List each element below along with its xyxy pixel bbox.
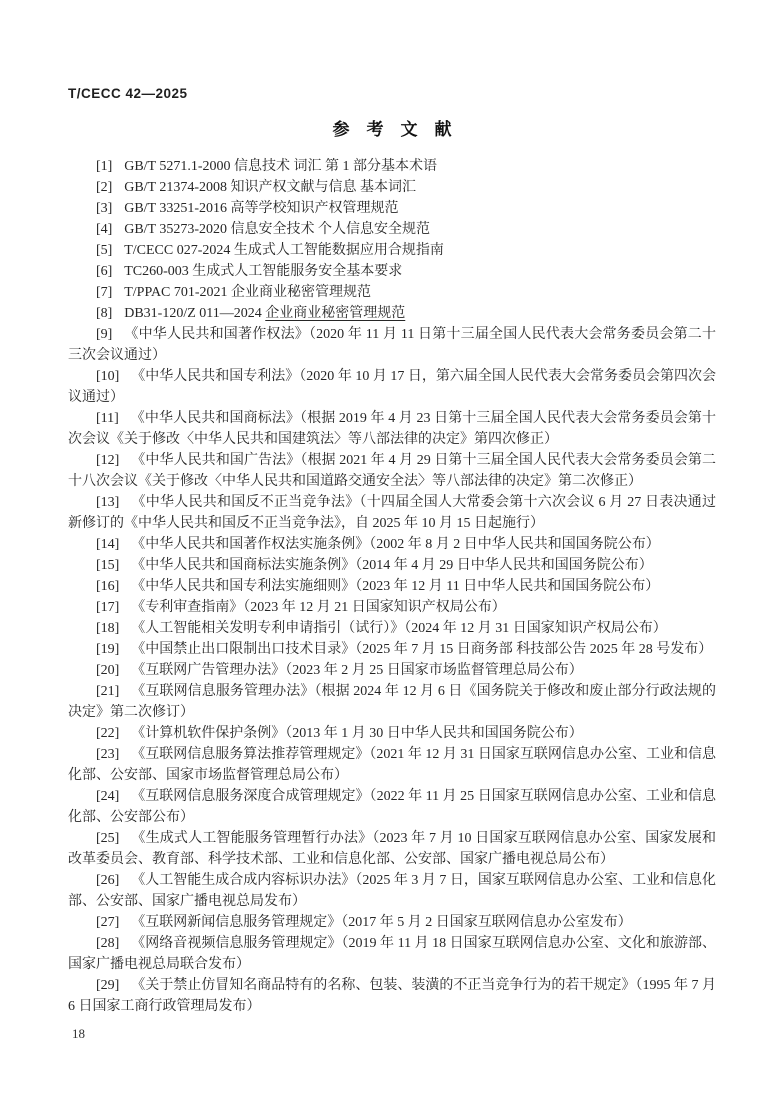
reference-text: GB/T 5271.1-2000 信息技术 词汇 第 1 部分基本术语 [124, 159, 437, 174]
reference-item-16: [16]《中华人民共和国专利法实施细则》（2023 年 12 月 11 日中华人… [68, 576, 716, 597]
reference-text: 《网络音视频信息服务管理规定》（2019 年 11 月 18 日国家互联网信息办… [68, 936, 716, 972]
reference-item-28: [28]《网络音视频信息服务管理规定》（2019 年 11 月 18 日国家互联… [68, 933, 716, 975]
reference-text-underlined: 企业商业秘密管理规范 [265, 306, 405, 321]
reference-text: 《中华人民共和国反不正当竞争法》（十四届全国人大常委会第十六次会议 6 月 27… [68, 495, 716, 531]
reference-item-4: [4]GB/T 35273-2020 信息安全技术 个人信息安全规范 [68, 219, 716, 240]
reference-text: TC260-003 生成式人工智能服务安全基本要求 [124, 264, 402, 279]
reference-item-15: [15]《中华人民共和国商标法实施条例》（2014 年 4 月 29 日中华人民… [68, 555, 716, 576]
reference-text: 《人工智能相关发明专利申请指引（试行）》（2024 年 12 月 31 日国家知… [131, 621, 667, 636]
reference-number: [20] [96, 663, 119, 678]
reference-item-1: [1]GB/T 5271.1-2000 信息技术 词汇 第 1 部分基本术语 [68, 156, 716, 177]
reference-text: 《互联网广告管理办法》（2023 年 2 月 25 日国家市场监督管理总局公布） [131, 663, 583, 678]
reference-number: [16] [96, 579, 119, 594]
reference-text: 《中国禁止出口限制出口技术目录》（2025 年 7 月 15 日商务部 科技部公… [131, 642, 712, 657]
reference-text: T/CECC 027-2024 生成式人工智能数据应用合规指南 [124, 243, 444, 258]
reference-text: 《中华人民共和国商标法实施条例》（2014 年 4 月 29 日中华人民共和国国… [131, 558, 653, 573]
references-list: [1]GB/T 5271.1-2000 信息技术 词汇 第 1 部分基本术语 [… [68, 156, 716, 1017]
reference-text: 《专利审查指南》（2023 年 12 月 21 日国家知识产权局公布） [131, 600, 506, 615]
reference-item-8: [8]DB31-120/Z 011—2024 企业商业秘密管理规范 [68, 303, 716, 324]
reference-item-19: [19]《中国禁止出口限制出口技术目录》（2025 年 7 月 15 日商务部 … [68, 639, 716, 660]
reference-number: [10] [96, 369, 119, 384]
reference-item-18: [18]《人工智能相关发明专利申请指引（试行）》（2024 年 12 月 31 … [68, 618, 716, 639]
reference-number: [27] [96, 915, 119, 930]
reference-number: [8] [96, 306, 112, 321]
reference-number: [13] [96, 495, 119, 510]
reference-item-5: [5]T/CECC 027-2024 生成式人工智能数据应用合规指南 [68, 240, 716, 261]
reference-item-25: [25]《生成式人工智能服务管理暂行办法》（2023 年 7 月 10 日国家互… [68, 828, 716, 870]
reference-item-3: [3]GB/T 33251-2016 高等学校知识产权管理规范 [68, 198, 716, 219]
reference-number: [9] [96, 327, 112, 342]
reference-text: GB/T 21374-2008 知识产权文献与信息 基本词汇 [124, 180, 416, 195]
reference-item-24: [24]《互联网信息服务深度合成管理规定》（2022 年 11 月 25 日国家… [68, 786, 716, 828]
reference-text: 《中华人民共和国广告法》（根据 2021 年 4 月 29 日第十三届全国人民代… [68, 453, 716, 489]
reference-item-26: [26]《人工智能生成合成内容标识办法》（2025 年 3 月 7 日，国家互联… [68, 870, 716, 912]
reference-item-23: [23]《互联网信息服务算法推荐管理规定》（2021 年 12 月 31 日国家… [68, 744, 716, 786]
reference-number: [28] [96, 936, 119, 951]
reference-text: T/PPAC 701-2021 企业商业秘密管理规范 [124, 285, 371, 300]
document-page: T/CECC 42—2025 参 考 文 献 [1]GB/T 5271.1-20… [0, 0, 784, 1110]
reference-text: 《互联网信息服务算法推荐管理规定》（2021 年 12 月 31 日国家互联网信… [68, 747, 716, 783]
reference-text: GB/T 33251-2016 高等学校知识产权管理规范 [124, 201, 398, 216]
reference-item-6: [6]TC260-003 生成式人工智能服务安全基本要求 [68, 261, 716, 282]
reference-number: [11] [96, 411, 119, 426]
reference-number: [14] [96, 537, 119, 552]
reference-text: 《中华人民共和国专利法实施细则》（2023 年 12 月 11 日中华人民共和国… [131, 579, 659, 594]
reference-number: [17] [96, 600, 119, 615]
reference-text: 《中华人民共和国著作权法实施条例》（2002 年 8 月 2 日中华人民共和国国… [131, 537, 660, 552]
reference-number: [7] [96, 285, 112, 300]
reference-item-11: [11]《中华人民共和国商标法》（根据 2019 年 4 月 23 日第十三届全… [68, 408, 716, 450]
reference-item-21: [21]《互联网信息服务管理办法》（根据 2024 年 12 月 6 日《国务院… [68, 681, 716, 723]
reference-text: 《互联网信息服务深度合成管理规定》（2022 年 11 月 25 日国家互联网信… [68, 789, 716, 825]
reference-number: [4] [96, 222, 112, 237]
reference-item-27: [27]《互联网新闻信息服务管理规定》（2017 年 5 月 2 日国家互联网信… [68, 912, 716, 933]
reference-number: [18] [96, 621, 119, 636]
reference-number: [24] [96, 789, 119, 804]
reference-text: 《互联网新闻信息服务管理规定》（2017 年 5 月 2 日国家互联网信息办公室… [131, 915, 632, 930]
reference-number: [15] [96, 558, 119, 573]
reference-text: DB31-120/Z 011—2024 [124, 306, 265, 321]
reference-text: 《中华人民共和国专利法》（2020 年 10 月 17 日，第六届全国人民代表大… [68, 369, 716, 405]
page-number: 18 [72, 1026, 85, 1042]
reference-number: [2] [96, 180, 112, 195]
reference-text: 《互联网信息服务管理办法》（根据 2024 年 12 月 6 日《国务院关于修改… [68, 684, 716, 720]
reference-item-9: [9]《中华人民共和国著作权法》（2020 年 11 月 11 日第十三届全国人… [68, 324, 716, 366]
reference-item-7: [7]T/PPAC 701-2021 企业商业秘密管理规范 [68, 282, 716, 303]
reference-text: 《关于禁止仿冒知名商品特有的名称、包装、装潢的不正当竞争行为的若干规定》（199… [68, 978, 716, 1014]
reference-text: 《中华人民共和国著作权法》（2020 年 11 月 11 日第十三届全国人民代表… [68, 327, 716, 363]
reference-item-13: [13]《中华人民共和国反不正当竞争法》（十四届全国人大常委会第十六次会议 6 … [68, 492, 716, 534]
reference-text: 《计算机软件保护条例》（2013 年 1 月 30 日中华人民共和国国务院公布） [131, 726, 583, 741]
reference-text: 《人工智能生成合成内容标识办法》（2025 年 3 月 7 日，国家互联网信息办… [68, 873, 716, 909]
reference-number: [5] [96, 243, 112, 258]
reference-number: [21] [96, 684, 119, 699]
reference-number: [22] [96, 726, 119, 741]
reference-item-10: [10]《中华人民共和国专利法》（2020 年 10 月 17 日，第六届全国人… [68, 366, 716, 408]
reference-text: 《中华人民共和国商标法》（根据 2019 年 4 月 23 日第十三届全国人民代… [68, 411, 716, 447]
reference-item-12: [12]《中华人民共和国广告法》（根据 2021 年 4 月 29 日第十三届全… [68, 450, 716, 492]
document-number-header: T/CECC 42—2025 [68, 86, 716, 101]
page-title: 参 考 文 献 [68, 115, 716, 140]
reference-number: [29] [96, 978, 119, 993]
reference-item-14: [14]《中华人民共和国著作权法实施条例》（2002 年 8 月 2 日中华人民… [68, 534, 716, 555]
reference-number: [25] [96, 831, 119, 846]
reference-number: [3] [96, 201, 112, 216]
reference-number: [6] [96, 264, 112, 279]
reference-text: GB/T 35273-2020 信息安全技术 个人信息安全规范 [124, 222, 430, 237]
reference-item-17: [17]《专利审查指南》（2023 年 12 月 21 日国家知识产权局公布） [68, 597, 716, 618]
reference-item-22: [22]《计算机软件保护条例》（2013 年 1 月 30 日中华人民共和国国务… [68, 723, 716, 744]
reference-number: [23] [96, 747, 119, 762]
reference-item-2: [2]GB/T 21374-2008 知识产权文献与信息 基本词汇 [68, 177, 716, 198]
reference-number: [26] [96, 873, 119, 888]
reference-number: [1] [96, 159, 112, 174]
reference-text: 《生成式人工智能服务管理暂行办法》（2023 年 7 月 10 日国家互联网信息… [68, 831, 716, 867]
reference-number: [19] [96, 642, 119, 657]
reference-item-29: [29]《关于禁止仿冒知名商品特有的名称、包装、装潢的不正当竞争行为的若干规定》… [68, 975, 716, 1017]
reference-number: [12] [96, 453, 119, 468]
reference-item-20: [20]《互联网广告管理办法》（2023 年 2 月 25 日国家市场监督管理总… [68, 660, 716, 681]
